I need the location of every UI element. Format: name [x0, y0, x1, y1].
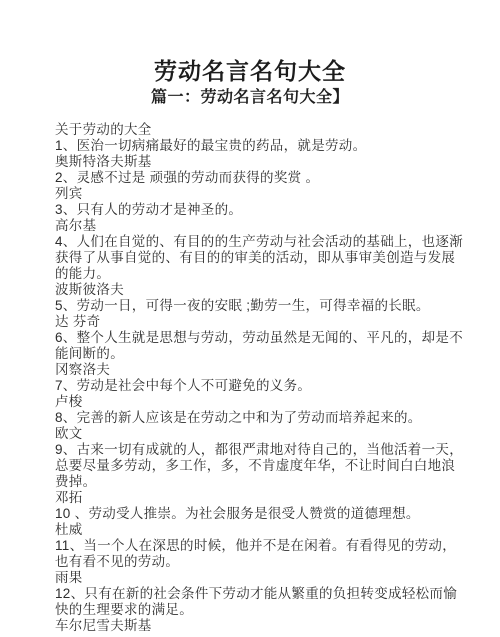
text-line: 达 芬奇: [55, 314, 468, 330]
text-line: 10 、劳动受人推崇。为社会服务是很受人赞赏的道德理想。: [55, 506, 468, 522]
text-line: 快的生理要求的满足。: [55, 602, 468, 618]
text-line: 7、劳动是社会中每个人不可避免的义务。: [55, 378, 468, 394]
text-line: 6、整个人生就是思想与劳动，劳动虽然是无闻的、平凡的，却是不: [55, 330, 468, 346]
text-line: 车尔尼雪夫斯基: [55, 618, 468, 634]
text-line: 的能力。: [55, 266, 468, 282]
text-line: 3、只有人的劳动才是神圣的。: [55, 202, 468, 218]
text-line: 高尔基: [55, 218, 468, 234]
text-line: 12、只有在新的社会条件下劳动才能从繁重的负担转变成轻松而愉: [55, 586, 468, 602]
text-line: 卢梭: [55, 394, 468, 410]
text-line: 8、完善的新人应该是在劳动之中和为了劳动而培养起来的。: [55, 410, 468, 426]
text-line: 列宾: [55, 186, 468, 202]
text-line: 雨果: [55, 570, 468, 586]
document-page: 劳动名言名句大全 篇一：劳动名言名句大全】 关于劳动的大全1、医治一切病痛最好的…: [0, 0, 500, 637]
text-line: 杜威: [55, 522, 468, 538]
text-line: 9、古来一切有成就的人，都很严肃地对待自己的，当他活着一天，: [55, 442, 468, 458]
text-line: 2、灵感不过是 顽强的劳动而获得的奖赏 。: [55, 170, 468, 186]
text-line: 欧文: [55, 426, 468, 442]
text-line: 获得了从事自觉的、有目的的审美的活动，即从事审美创造与发展: [55, 250, 468, 266]
text-line: 波斯彼洛夫: [55, 282, 468, 298]
text-line: 能间断的。: [55, 346, 468, 362]
text-line: 奥斯特洛夫斯基: [55, 154, 468, 170]
text-line: 费掉。: [55, 474, 468, 490]
text-line: 也有看不见的劳动。: [55, 554, 468, 570]
document-title: 劳动名言名句大全: [0, 57, 500, 86]
document-subtitle: 篇一：劳动名言名句大全】: [0, 88, 500, 108]
text-line: 5、劳动一日，可得一夜的安眠 ;勤劳一生，可得幸福的长眠。: [55, 298, 468, 314]
text-line: 4、人们在自觉的、有目的的生产劳动与社会活动的基础上，也逐渐: [55, 234, 468, 250]
text-line: 邓拓: [55, 490, 468, 506]
text-line: 1、医治一切病痛最好的最宝贵的药品，就是劳动。: [55, 138, 468, 154]
document-body: 关于劳动的大全1、医治一切病痛最好的最宝贵的药品，就是劳动。奥斯特洛夫斯基2、灵…: [0, 122, 500, 634]
text-line: 11、当一个人在深思的时候，他并不是在闲着。有看得见的劳动，: [55, 538, 468, 554]
text-line: 总要尽量多劳动，多工作，多，不肯虚度年华，不让时间白白地浪: [55, 458, 468, 474]
text-line: 关于劳动的大全: [55, 122, 468, 138]
text-line: 冈察洛夫: [55, 362, 468, 378]
